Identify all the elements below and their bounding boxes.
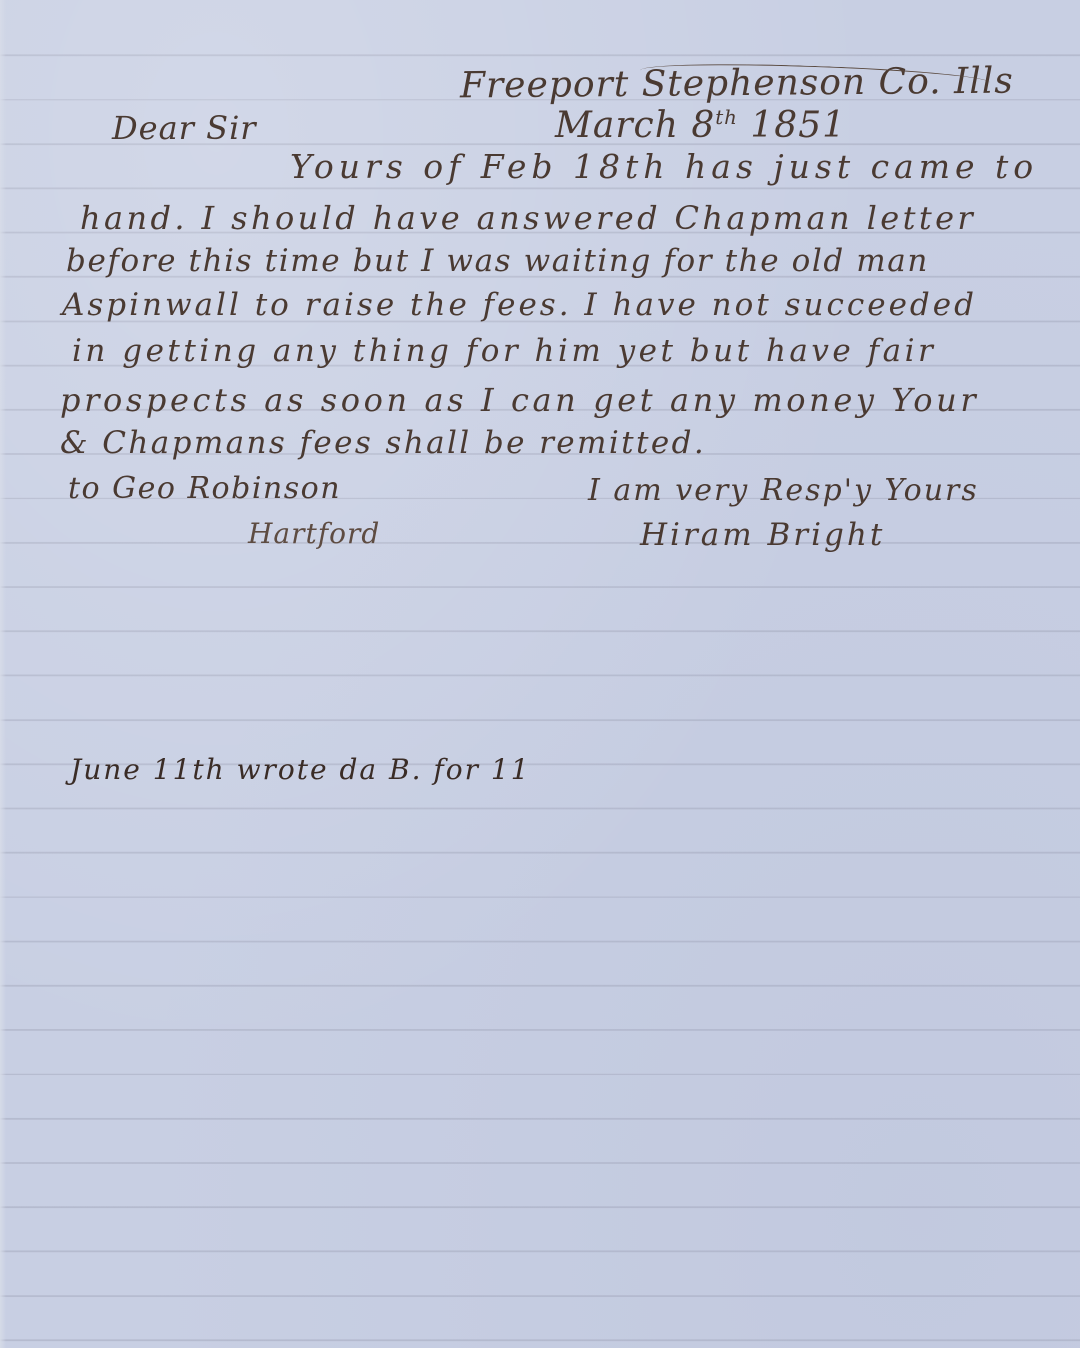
body-line-6: prospects as soon as I can get any money… [60, 384, 979, 416]
letter-date: March 8th 1851 [555, 108, 846, 144]
date-day: March 8 [555, 105, 715, 146]
date-year: 1851 [750, 105, 846, 146]
addressee-name: to Geo Robinson [68, 474, 341, 504]
body-line-5: in getting any thing for him yet but hav… [72, 336, 936, 367]
body-line-1: Yours of Feb 18th has just came to [290, 150, 1038, 183]
body-line-4: Aspinwall to raise the fees. I have not … [62, 290, 977, 321]
closing-phrase: I am very Resp'y Yours [588, 476, 979, 506]
body-line-3: before this time but I was waiting for t… [66, 246, 929, 277]
body-line-2: hand. I should have answered Chapman let… [80, 202, 976, 234]
signature: Hiram Bright [640, 520, 885, 551]
letter-page: Freeport Stephenson Co. Ills March 8th 1… [0, 0, 1080, 1348]
addressee-city: Hartford [248, 520, 380, 548]
annotation-note: June 11th wrote da B. for 11 [70, 756, 531, 784]
salutation: Dear Sir [112, 112, 257, 144]
paper-edge [0, 0, 6, 1348]
body-line-7: & Chapmans fees shall be remitted. [60, 428, 706, 459]
date-suffix: th [715, 106, 738, 129]
